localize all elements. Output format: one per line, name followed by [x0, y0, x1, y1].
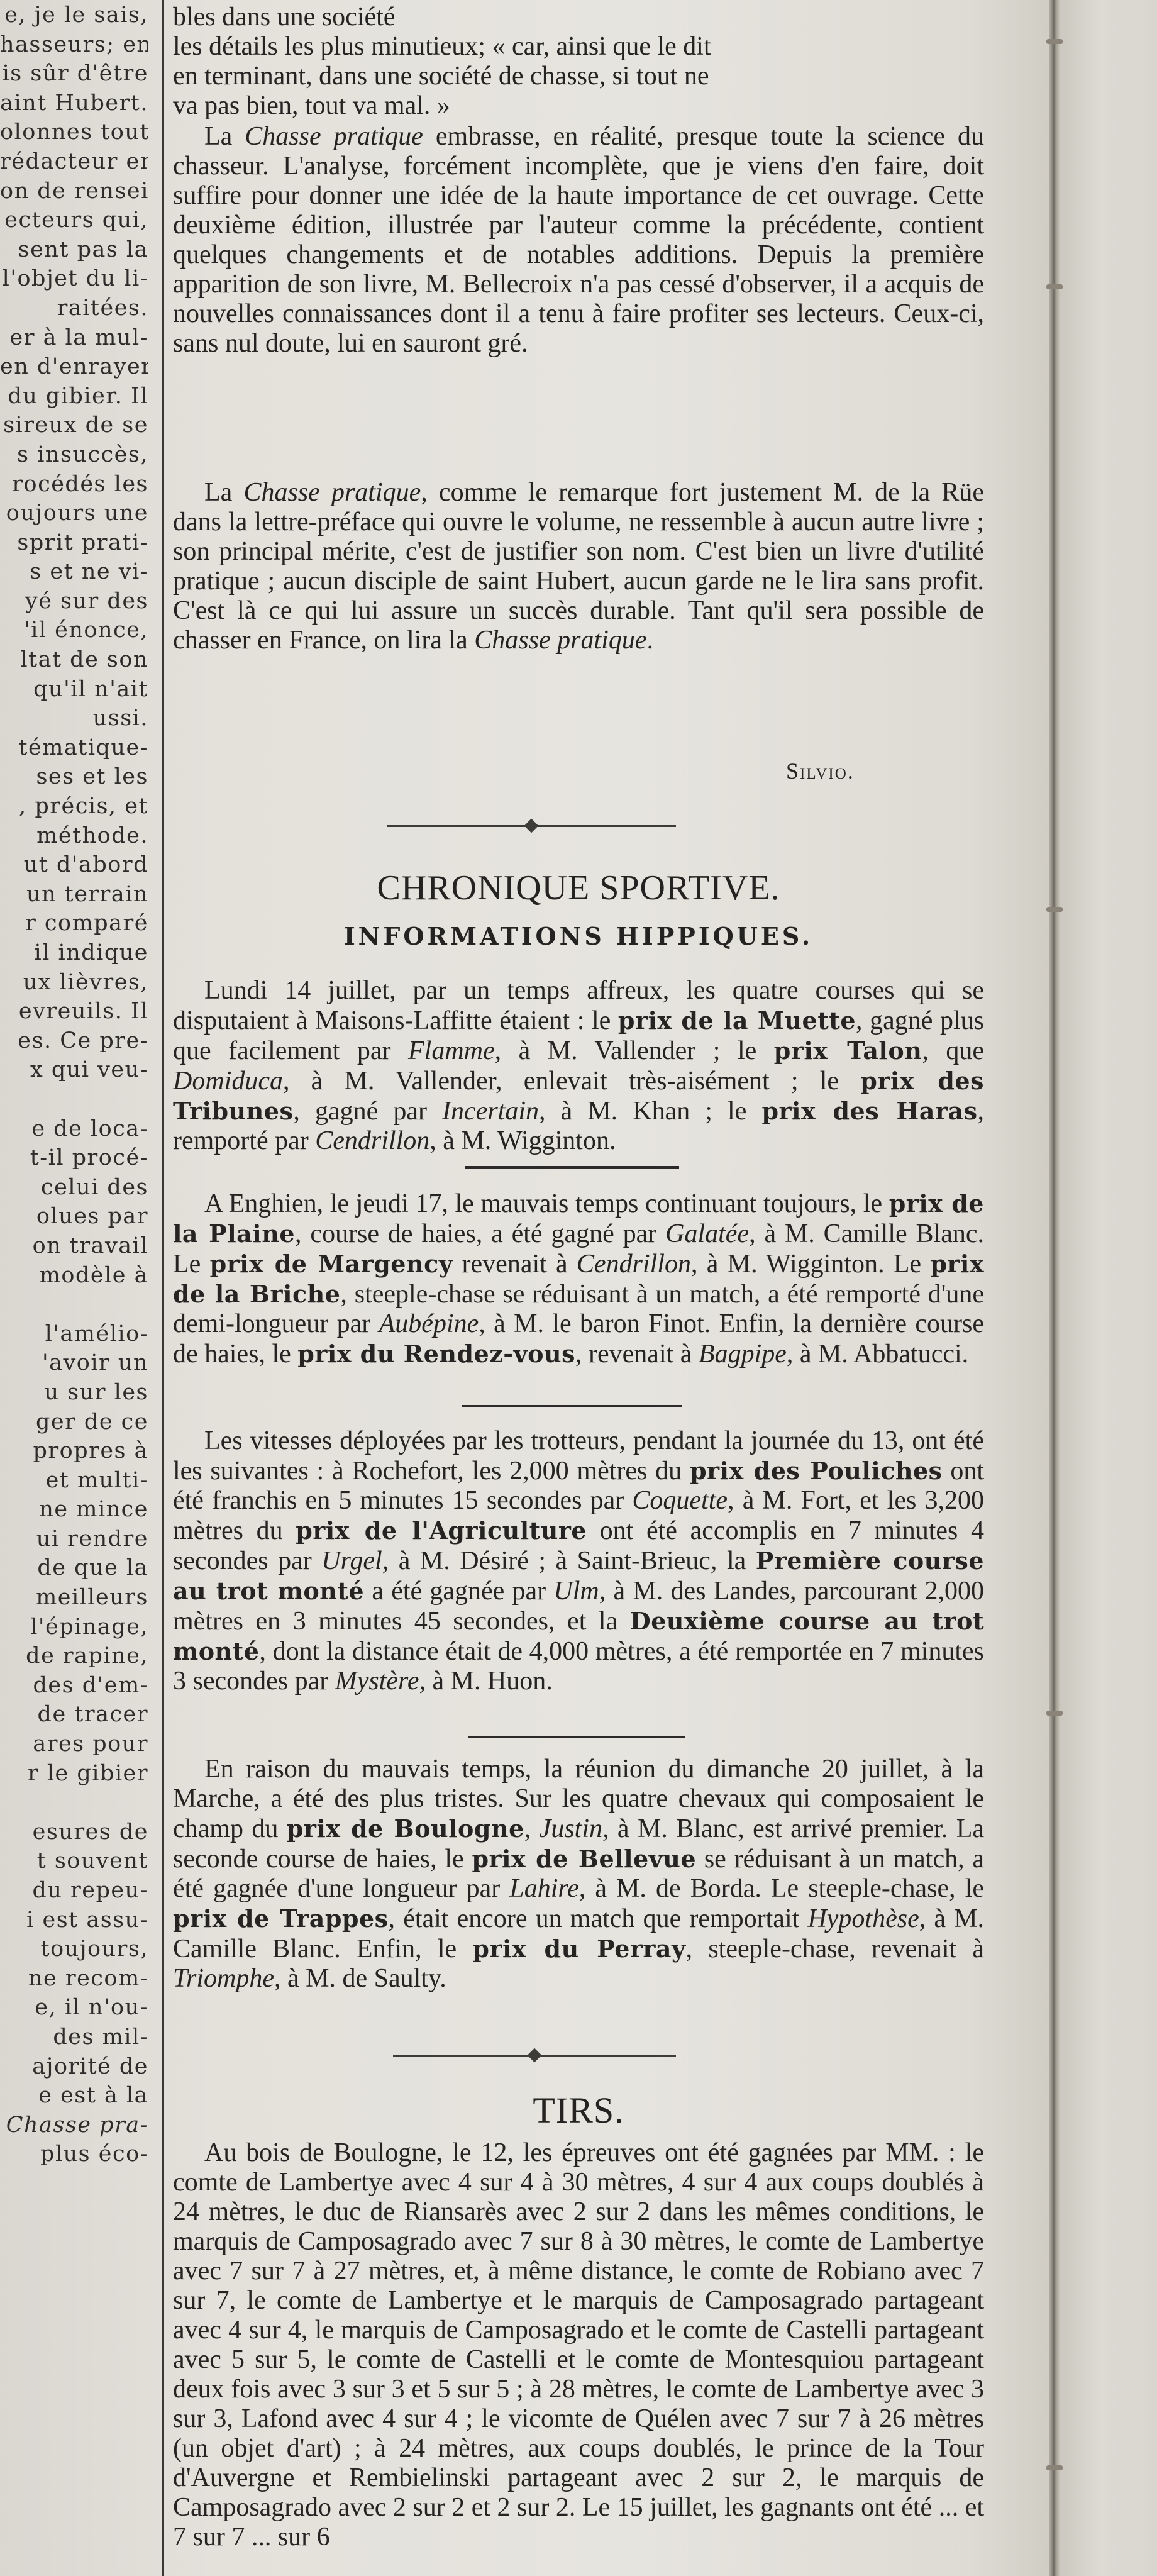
left-column-line: propres à: [0, 1436, 148, 1465]
body-text: , à M. Wigginton. Le: [691, 1250, 930, 1279]
left-column-line: on de rensei-: [0, 176, 148, 206]
horse-name: Coquette: [632, 1486, 728, 1515]
chronique-text: En raison du mauvais temps, la réunion d…: [173, 1755, 984, 1994]
tirs-text: Au bois de Boulogne, le 12, les épreuves…: [173, 2138, 984, 2552]
left-column-line: i est assu-: [0, 1905, 148, 1935]
left-column-line: x qui veu-: [0, 1055, 148, 1084]
left-column-line: un terrain: [0, 879, 148, 909]
body-text: , gagné par: [293, 1097, 442, 1126]
binding-stitch: [1046, 907, 1063, 912]
chronique-paragraph-4: En raison du mauvais temps, la réunion d…: [173, 1755, 984, 1994]
section-subtitle-hippiques: INFORMATIONS HIPPIQUES.: [173, 922, 984, 950]
horse-name: Bagpipe: [699, 1340, 787, 1368]
left-column-line: ux lièvres,: [0, 967, 148, 997]
left-column-line: evreuils. Il: [0, 996, 148, 1026]
left-column-line: celui des: [0, 1172, 148, 1202]
race-name: prix de l'Agriculture: [296, 1516, 587, 1545]
chronique-text: Les vitesses déployées par les trotteurs…: [173, 1426, 984, 1696]
left-column-line: es. Ce pre-: [0, 1026, 148, 1055]
left-column-line: en d'enrayer: [0, 352, 148, 381]
left-column-line: e de loca-: [0, 1114, 148, 1143]
race-name: prix du Perray: [472, 1935, 685, 1963]
review-line: bles dans une société: [173, 3, 984, 32]
left-column-line: du gibier. Il: [0, 381, 148, 411]
separator-rule: [468, 1736, 685, 1738]
left-column-line: de que la: [0, 1553, 148, 1582]
left-column-line: [0, 1289, 148, 1319]
body-text: , à M. de Borda. Le steeple-chase, le: [579, 1874, 984, 1903]
binding-stitch: [1046, 284, 1063, 289]
left-column-line: ecteurs qui,: [0, 205, 148, 235]
section-ornament: [387, 819, 676, 832]
left-column-line: olonnes tout: [0, 117, 148, 147]
race-name: prix des Pouliches: [690, 1457, 943, 1485]
left-column-line: r comparé: [0, 908, 148, 938]
body-text: , à M. Khan ; le: [539, 1097, 761, 1126]
body-text: , que: [922, 1036, 984, 1065]
body-text: , à M. Huon.: [419, 1667, 552, 1696]
tirs-paragraph: Au bois de Boulogne, le 12, les épreuves…: [173, 2138, 984, 2552]
horse-name: Cendrillon: [577, 1250, 691, 1279]
section-title-chronique: CHRONIQUE SPORTIVE.: [173, 868, 984, 908]
review-paragraph-2: La Chasse pratique embrasse, en réalité,…: [173, 122, 984, 358]
body-text: A Enghien, le jeudi 17, le mauvais temps…: [204, 1189, 889, 1218]
left-column-line: u sur les: [0, 1377, 148, 1407]
left-column-line: des mil-: [0, 2022, 148, 2051]
review-paragraph-text: La Chasse pratique, comme le remarque fo…: [173, 478, 984, 655]
left-column-line: ne mince: [0, 1494, 148, 1524]
left-column-line: méthode.: [0, 821, 148, 850]
left-column-line: de tracer: [0, 1699, 148, 1729]
left-column-line: l'amélio-: [0, 1319, 148, 1348]
separator-rule: [462, 1405, 682, 1407]
left-column-line: oujours une: [0, 498, 148, 528]
left-column-line: , précis, et: [0, 791, 148, 821]
left-column-line: e est à la: [0, 2080, 148, 2110]
book-title: Chasse pratique: [474, 626, 646, 655]
horse-name: Mystère: [335, 1667, 419, 1696]
binding-stitch: [1046, 39, 1063, 44]
left-column-line: modèle à: [0, 1260, 148, 1290]
body-text: , à M. Abbatucci.: [787, 1340, 968, 1368]
left-column-line: l'épinage,: [0, 1612, 148, 1641]
left-column-line: aint Hubert.: [0, 88, 148, 118]
left-column-line: Chasse pra-: [0, 2110, 148, 2140]
left-column-line: raitées.: [0, 293, 148, 323]
left-column-line: is sûr d'être: [0, 58, 148, 88]
left-column-line: des d'em-: [0, 1670, 148, 1700]
book-title: Chasse pratique: [243, 478, 421, 507]
left-column-line: il indique: [0, 938, 148, 967]
left-column-line: 'il énonce,: [0, 615, 148, 645]
horse-name: Lahire: [509, 1874, 578, 1903]
left-column-line: [0, 1787, 148, 1817]
chronique-text: A Enghien, le jeudi 17, le mauvais temps…: [173, 1189, 984, 1369]
left-column-line: 'avoir un: [0, 1348, 148, 1377]
body-text: ,: [524, 1814, 540, 1843]
review-paragraph-1: bles dans une société les détails les pl…: [173, 3, 984, 121]
author-signature: Silvio.: [786, 758, 855, 784]
body-text: a été gagnée par: [364, 1577, 553, 1606]
horse-name: Domiduca: [173, 1067, 283, 1096]
race-name: prix de la Muette: [618, 1006, 856, 1035]
column-divider: [162, 0, 164, 2576]
chronique-paragraph-2: A Enghien, le jeudi 17, le mauvais temps…: [173, 1189, 984, 1369]
race-name: prix du Rendez-vous: [297, 1340, 575, 1368]
left-column-line: e, je le sais,: [0, 0, 148, 30]
left-column-line: olues par: [0, 1201, 148, 1231]
left-column-line: de rapine,: [0, 1641, 148, 1670]
race-name: prix de Boulogne: [287, 1814, 524, 1843]
race-name: prix des Haras: [761, 1097, 977, 1125]
left-column-line: ares pour: [0, 1729, 148, 1758]
left-column-line: r le gibier: [0, 1758, 148, 1788]
horse-name: Hypothèse: [807, 1904, 919, 1933]
left-column-line: rédacteur en: [0, 147, 148, 176]
body-text: , à M. Wigginton.: [429, 1126, 616, 1155]
left-column-line: tématique-: [0, 733, 148, 762]
left-column-line: plus éco-: [0, 2139, 148, 2168]
chronique-text: Lundi 14 juillet, par un temps affreux, …: [173, 976, 984, 1156]
left-column-line: yé sur des: [0, 586, 148, 616]
review-line: en terminant, dans une société de chasse…: [173, 62, 984, 91]
body-text: , à M. de Saulty.: [274, 1964, 446, 1993]
left-column-line: t souvent: [0, 1846, 148, 1875]
body-text: , steeple-chase, revenait à: [686, 1935, 984, 1963]
left-column-line: sprit prati-: [0, 528, 148, 557]
horse-name: Cendrillon: [315, 1126, 429, 1155]
body-text: , course de haies, a été gagné par: [295, 1219, 665, 1248]
race-name: prix de Bellevue: [472, 1845, 696, 1873]
horse-name: Incertain: [442, 1097, 539, 1126]
race-name: prix Talon: [774, 1036, 922, 1065]
facing-page-edge: [1060, 0, 1157, 2576]
body-text: , revenait à: [575, 1340, 699, 1368]
review-paragraph-text: La Chasse pratique embrasse, en réalité,…: [173, 122, 984, 358]
body-text: , était encore un match que remportait: [389, 1904, 808, 1933]
left-column-line: toujours,: [0, 1934, 148, 1963]
binding-stitch: [1046, 1711, 1063, 1716]
body-text: , à M. Vallender, enlevait très-aisément…: [283, 1067, 860, 1096]
horse-name: Urgel: [321, 1546, 382, 1575]
left-column-line: et multi-: [0, 1465, 148, 1495]
left-column-line: on travail: [0, 1231, 148, 1260]
left-column-line: ger de ce: [0, 1407, 148, 1436]
section-ornament: [393, 2049, 676, 2062]
body-text: , dont la distance était de 4,000 mètres…: [173, 1637, 984, 1696]
body-text: revenait à: [453, 1250, 577, 1279]
left-column-line: hasseurs; en: [0, 30, 148, 59]
left-column-line: sireux de se: [0, 410, 148, 440]
page-gutter: [1049, 0, 1060, 2576]
horse-name: Flamme: [408, 1036, 495, 1065]
race-name: prix de Trappes: [173, 1904, 389, 1933]
left-column-line: s insuccès,: [0, 440, 148, 469]
horse-name: Justin: [540, 1814, 602, 1843]
left-column-line: ajorité de: [0, 2051, 148, 2081]
left-column-line: [0, 1084, 148, 1114]
left-column-line: esures de: [0, 1817, 148, 1846]
horse-name: Triomphe: [173, 1964, 274, 1993]
review-paragraph-3: La Chasse pratique, comme le remarque fo…: [173, 478, 984, 655]
diamond-ornament-icon: [524, 819, 539, 833]
horse-name: Galatée: [665, 1219, 749, 1248]
race-name: prix de Margency: [210, 1250, 453, 1278]
left-column-line: ltat de son: [0, 645, 148, 674]
left-column-line: qu'il n'ait: [0, 674, 148, 704]
horse-name: Ulm: [553, 1577, 599, 1606]
left-column-line: ne recom-: [0, 1963, 148, 1993]
separator-rule: [465, 1166, 679, 1169]
section-title-tirs: TIRS.: [173, 2089, 984, 2131]
chronique-paragraph-1: Lundi 14 juillet, par un temps affreux, …: [173, 976, 984, 1156]
left-column-text: e, je le sais,hasseurs; enis sûr d'êtrea…: [0, 0, 148, 2576]
body-text: , à M. Désiré ; à Saint-Brieuc, la: [382, 1546, 756, 1575]
left-column-line: e, il n'ou-: [0, 1992, 148, 2022]
left-column-line: t-il procé-: [0, 1143, 148, 1172]
left-column-line: meilleurs: [0, 1582, 148, 1612]
review-line: les détails les plus minutieux; « car, a…: [173, 32, 984, 62]
left-column-line: er à la mul-: [0, 323, 148, 352]
left-column-line: s et ne vi-: [0, 557, 148, 586]
left-column-line: l'objet du li-: [0, 264, 148, 293]
left-column-line: ussi.: [0, 703, 148, 733]
left-column-line: sent pas la: [0, 235, 148, 264]
left-column-line: ses et les: [0, 762, 148, 791]
left-column-line: du repeu-: [0, 1875, 148, 1905]
left-column-line: ui rendre: [0, 1524, 148, 1553]
diamond-ornament-icon: [528, 2048, 542, 2063]
horse-name: Aubépine: [379, 1309, 479, 1338]
book-title: Chasse pratique: [245, 122, 423, 151]
body-text: , à M. Vallender ; le: [495, 1036, 774, 1065]
binding-stitch: [1046, 2465, 1063, 2470]
left-column-line: rocédés les: [0, 469, 148, 499]
chronique-paragraph-3: Les vitesses déployées par les trotteurs…: [173, 1426, 984, 1696]
review-line: va pas bien, tout va mal. »: [173, 91, 984, 121]
left-column-line: ut d'abord: [0, 850, 148, 879]
